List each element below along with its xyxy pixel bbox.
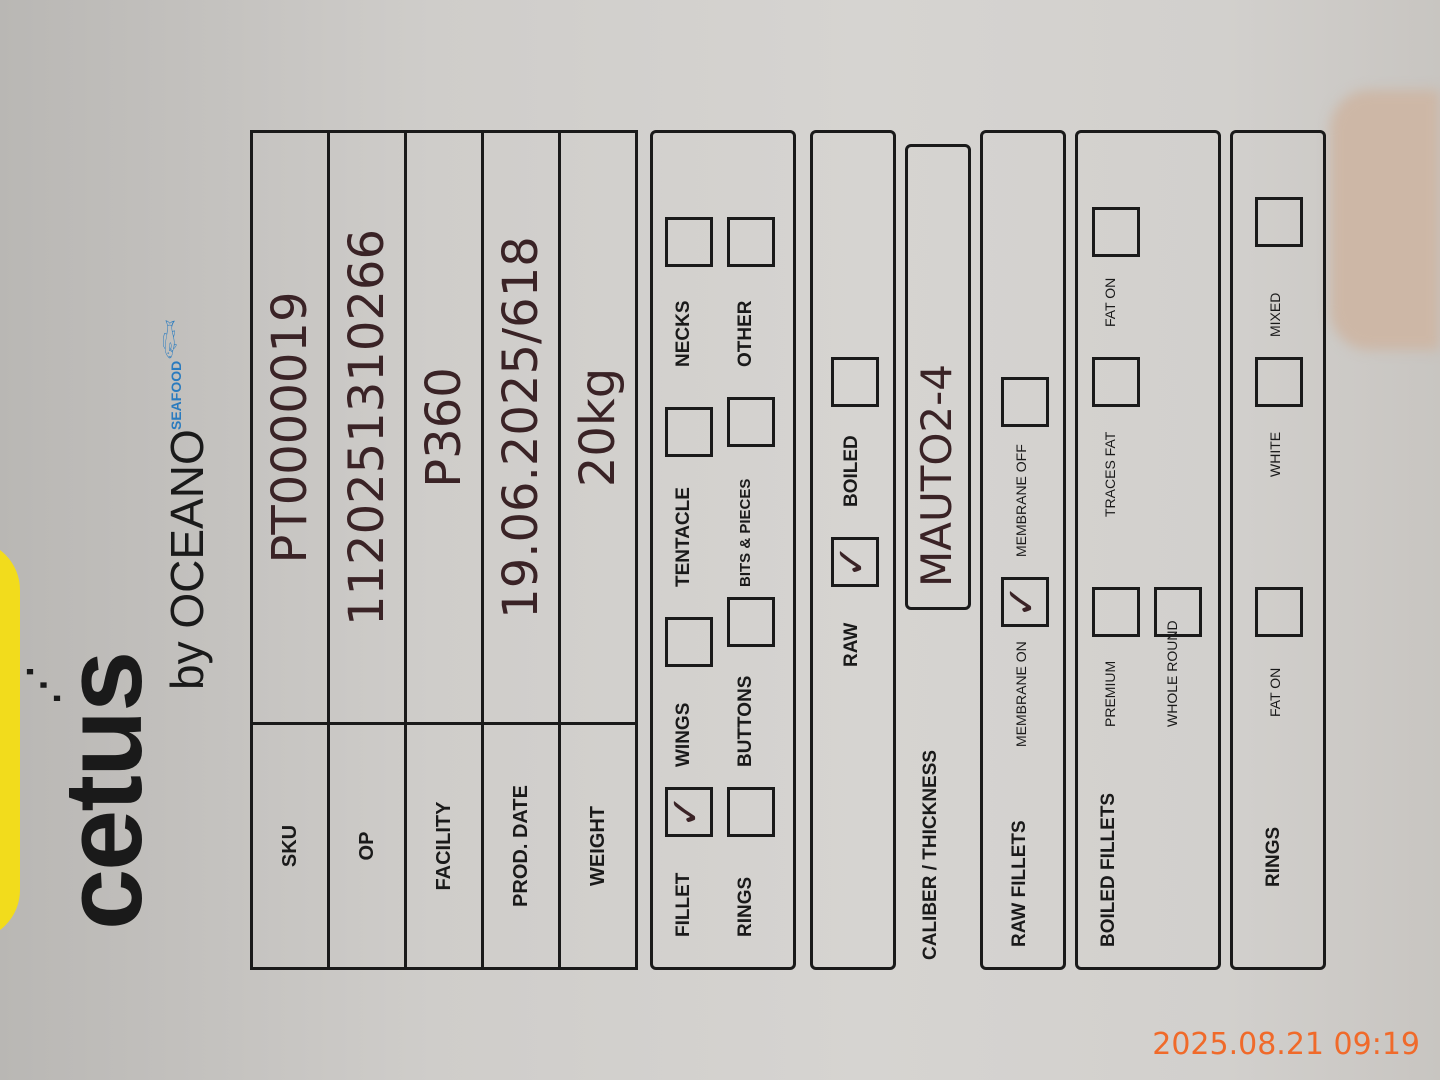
option-wings: WINGS bbox=[673, 703, 695, 767]
option-necks: NECKS bbox=[673, 300, 695, 367]
option-white: WHITE bbox=[1267, 432, 1283, 477]
checkbox-traces-fat[interactable] bbox=[1092, 357, 1140, 407]
brand-sub: SEAFOOD bbox=[168, 361, 184, 430]
checkbox-other[interactable] bbox=[727, 217, 775, 267]
caliber-field: MAUTO2-4 bbox=[905, 144, 971, 610]
info-row-op: OP 1120251310266 bbox=[329, 132, 406, 969]
option-traces-fat: TRACES FAT bbox=[1102, 432, 1118, 517]
checkbox-wings[interactable] bbox=[665, 617, 713, 667]
checkbox-rings-fat-on[interactable] bbox=[1255, 587, 1303, 637]
sku-label: SKU bbox=[252, 724, 329, 969]
check-icon: ✓ bbox=[666, 794, 706, 828]
checkbox-fillet[interactable]: ✓ bbox=[665, 787, 713, 837]
option-boiled-fat-on: FAT ON bbox=[1102, 278, 1118, 327]
checkbox-tentacle[interactable] bbox=[665, 407, 713, 457]
info-row-sku: SKU PT0000019 bbox=[252, 132, 329, 969]
checkbox-rings[interactable] bbox=[727, 787, 775, 837]
option-membrane-off: MEMBRANE OFF bbox=[1013, 444, 1029, 557]
boiled-fillets-title: BOILED FILLETS bbox=[1098, 793, 1120, 947]
checkbox-buttons[interactable] bbox=[727, 597, 775, 647]
checkbox-premium[interactable] bbox=[1092, 587, 1140, 637]
option-membrane-on: MEMBRANE ON bbox=[1013, 641, 1029, 747]
option-boiled: BOILED bbox=[841, 435, 863, 507]
brand-logo: ⋰ cetus by OCEANO 𓆟 SEAFOOD bbox=[20, 130, 220, 930]
checkbox-membrane-off[interactable] bbox=[1001, 377, 1049, 427]
check-icon: ✓ bbox=[1002, 584, 1042, 618]
raw-fillets-section: RAW FILLETS MEMBRANE ON ✓ MEMBRANE OFF bbox=[980, 130, 1066, 970]
info-table: SKU PT0000019 OP 1120251310266 FACILITY … bbox=[250, 130, 638, 970]
brand-name: cetus bbox=[40, 653, 167, 930]
rings-section: RINGS FAT ON WHITE MIXED bbox=[1230, 130, 1326, 970]
op-value: 1120251310266 bbox=[329, 132, 406, 724]
op-label: OP bbox=[329, 724, 406, 969]
option-mixed: MIXED bbox=[1267, 293, 1283, 337]
checkbox-white[interactable] bbox=[1255, 357, 1303, 407]
product-label: ⋰ cetus by OCEANO 𓆟 SEAFOOD SKU PT000001… bbox=[20, 110, 1420, 990]
option-raw: RAW bbox=[841, 623, 863, 667]
rings-title: RINGS bbox=[1263, 827, 1285, 887]
check-icon: ✓ bbox=[832, 544, 872, 578]
facility-label: FACILITY bbox=[406, 724, 483, 969]
option-tentacle: TENTACLE bbox=[673, 487, 695, 587]
option-buttons: BUTTONS bbox=[735, 676, 757, 767]
option-rings-fat-on: FAT ON bbox=[1267, 668, 1283, 717]
checkbox-membrane-on[interactable]: ✓ bbox=[1001, 577, 1049, 627]
option-fillet: FILLET bbox=[673, 873, 695, 937]
info-row-weight: WEIGHT 20kg bbox=[560, 132, 637, 969]
option-bits-pieces: BITS & PIECES bbox=[737, 479, 754, 587]
info-row-prod-date: PROD. DATE 19.06.2025/618 bbox=[483, 132, 560, 969]
checkbox-necks[interactable] bbox=[665, 217, 713, 267]
checkbox-boiled[interactable] bbox=[831, 357, 879, 407]
checkbox-raw[interactable]: ✓ bbox=[831, 537, 879, 587]
process-section: RAW ✓ BOILED bbox=[810, 130, 896, 970]
sku-value: PT0000019 bbox=[252, 132, 329, 724]
option-premium: PREMIUM bbox=[1102, 661, 1118, 727]
brand-by-line: by OCEANO bbox=[160, 429, 214, 690]
caliber-value: MAUTO2-4 bbox=[912, 364, 961, 587]
prod-date-label: PROD. DATE bbox=[483, 724, 560, 969]
facility-value: P360 bbox=[406, 132, 483, 724]
weight-value: 20kg bbox=[560, 132, 637, 724]
option-other: OTHER bbox=[735, 301, 757, 368]
cut-type-section: FILLET ✓ WINGS TENTACLE NECKS RINGS BUTT… bbox=[650, 130, 796, 970]
weight-label: WEIGHT bbox=[560, 724, 637, 969]
checkbox-whole-round[interactable] bbox=[1154, 587, 1202, 637]
caliber-label: CALIBER / THICKNESS bbox=[920, 750, 942, 960]
fish-icon: 𓆟 bbox=[140, 319, 190, 360]
photo-timestamp: 2025.08.21 09:19 bbox=[1152, 1027, 1420, 1062]
info-row-facility: FACILITY P360 bbox=[406, 132, 483, 969]
boiled-fillets-section: BOILED FILLETS PREMIUM TRACES FAT FAT ON… bbox=[1075, 130, 1221, 970]
checkbox-boiled-fat-on[interactable] bbox=[1092, 207, 1140, 257]
checkbox-bits-pieces[interactable] bbox=[727, 397, 775, 447]
raw-fillets-title: RAW FILLETS bbox=[1009, 820, 1031, 947]
prod-date-value: 19.06.2025/618 bbox=[483, 132, 560, 724]
option-rings: RINGS bbox=[735, 877, 757, 937]
checkbox-mixed[interactable] bbox=[1255, 197, 1303, 247]
yellow-sticker bbox=[0, 540, 20, 940]
